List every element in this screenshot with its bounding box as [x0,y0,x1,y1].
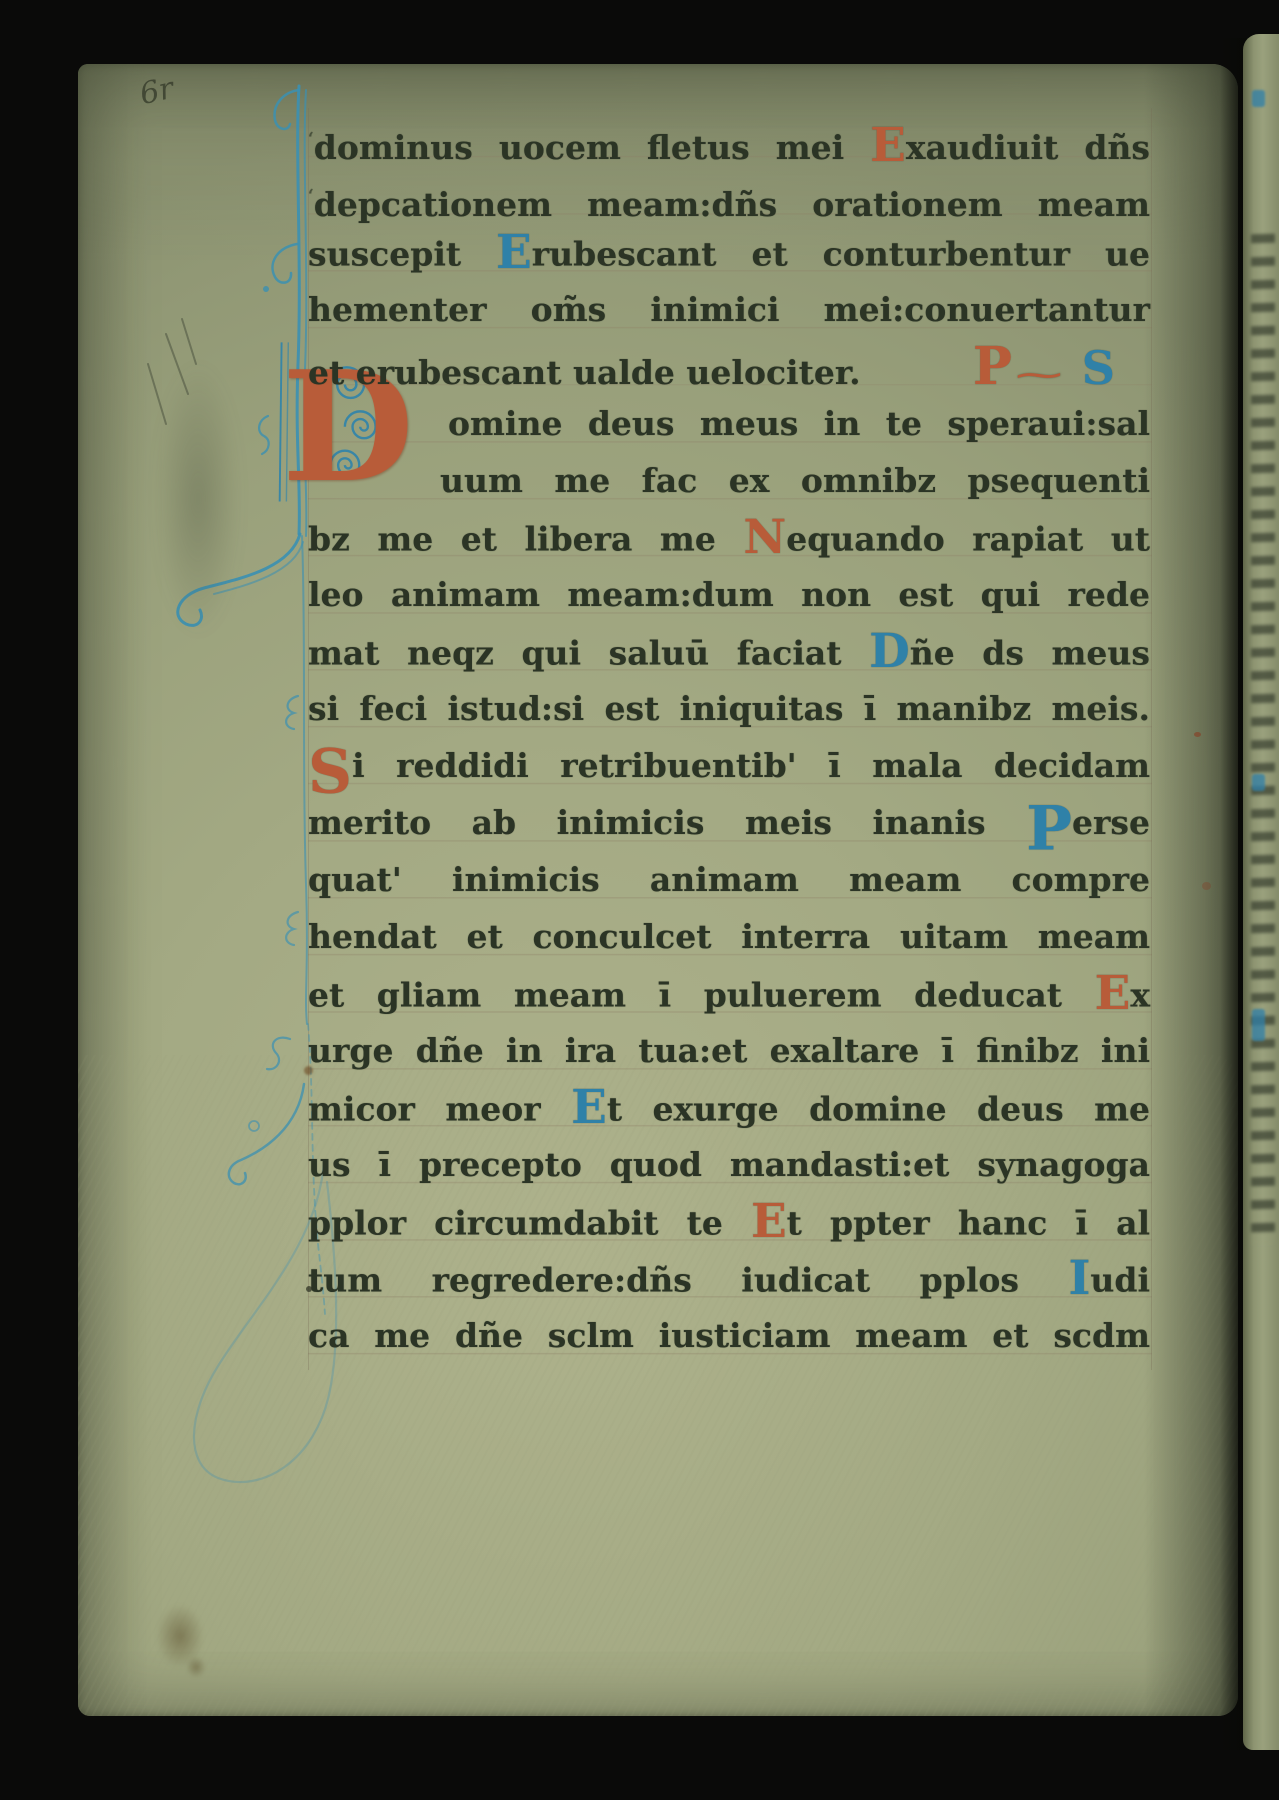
text-segment: rubescant et conturbentur ue [532,235,1150,274]
adjacent-blue-flourish [1252,1009,1265,1041]
text-segment: si feci istud:si est iniquitas ī manibz … [308,689,1150,728]
text-segment: bz me et libera me [308,520,743,559]
text-line: suscepit Erubescant et conturbentur ue [308,224,1150,281]
rubric-squiggle: ~ [1011,348,1068,405]
line-start-tick: ʻ [308,186,314,205]
text-line: tum regredere:dñs iudicat pplos Iudi [308,1250,1150,1307]
adjacent-blue-initial [1252,774,1265,791]
text-segment: et gliam meam ī puluerem deducat [308,976,1095,1015]
text-segment: mat neqz qui saluū faciat [308,634,869,673]
initial-red: E [1095,966,1131,1021]
initial-red: E [751,1194,787,1249]
text-segment: hendat et conculcet interra uitam meam [308,917,1150,956]
text-segment: tum regredere:dñs iudicat pplos [308,1261,1068,1300]
initial-blue: E [571,1080,607,1135]
text-segment: i reddidi retribuentib' ī mala decidam [352,746,1150,785]
text-line: leo animam meam:dum non est qui rede [308,566,1150,623]
text-line: hementer om̃s inimici mei:conuertantur [308,281,1150,338]
text-segment: us ī precepto quod mandasti:et synagoga [308,1145,1150,1184]
text-segment: t ppter hanc ī al [787,1204,1150,1243]
parchment-smudge [138,304,258,694]
text-segment: suscepit [308,235,496,274]
text-line: ʻdepcationem meam:dñs orationem meam [308,167,1150,224]
rubric-letter-p: P [973,338,1012,395]
text-segment: quat' inimicis animam meam compre [308,860,1150,899]
text-line: quat' inimicis animam meam compre [308,851,1150,908]
adjacent-page-text-blur [1251,234,1275,1245]
parchment-stain [156,1604,204,1668]
text-line: pplor circumdabit te Et ppter hanc ī al [308,1193,1150,1250]
adjacent-page-edge [1243,34,1279,1750]
pigment-speck [1194,732,1201,737]
text-segment: pplor circumdabit te [308,1204,751,1243]
rubric-letter-s: S [1082,340,1115,397]
text-segment: x [1130,976,1150,1015]
text-lines: ʻdominus uocem fletus mei Exaudiuit dñsʻ… [308,110,1150,1364]
pigment-speck [1202,882,1211,890]
photo-background: 6r D ʻdominus uocem fletus mei Exaudiuit… [0,0,1279,1800]
adjacent-blue-initial [1252,90,1265,107]
text-segment: erse [1072,803,1150,842]
text-segment: dominus uocem fletus mei [314,128,870,167]
parchment-stain [186,1656,206,1678]
text-segment: xaudiuit dñs [906,128,1150,167]
text-line: urge dñe in ira tua:et exaltare ī finibz… [308,1022,1150,1079]
text-line: merito ab inimicis meis inanis Perse [308,794,1150,851]
line-start-tick: ʻ [308,129,314,148]
initial-blue: E [496,225,532,280]
text-line: micor meor Et exurge domine deus me [308,1079,1150,1136]
initial-blue: D [869,624,910,679]
initial-red: E [870,118,906,173]
text-line: us ī precepto quod mandasti:et synagoga [308,1136,1150,1193]
text-segment: t exurge domine deus me [607,1090,1150,1129]
text-line: Si reddidi retribuentib' ī mala decidam [308,737,1150,794]
text-segment: udi [1090,1261,1150,1300]
text-segment: et erubescant ualde uelociter. [308,344,861,401]
text-segment: urge dñe in ira tua:et exaltare ī finibz… [308,1031,1150,1070]
text-segment: uum me fac ex omnibz psequenti [440,461,1150,500]
initial-red: N [743,510,786,565]
text-segment: omine deus meus in te speraui:sal [448,404,1150,443]
text-segment: merito ab inimicis meis inanis [308,803,1026,842]
text-segment: micor meor [308,1090,571,1129]
manuscript-page: 6r D ʻdominus uocem fletus mei Exaudiuit… [78,64,1238,1716]
initial-blue: I [1068,1251,1090,1306]
text-line: ʻdominus uocem fletus mei Exaudiuit dñs [308,110,1150,167]
text-segment: equando rapiat ut [786,520,1150,559]
text-segment: leo animam meam:dum non est qui rede [308,575,1150,614]
text-line: ca me dñe sclm iusticiam meam et scdm [308,1307,1150,1364]
text-line: bz me et libera me Nequando rapiat ut [308,509,1150,566]
text-line: uum me fac ex omnibz psequenti [308,452,1150,509]
text-line: si feci istud:si est iniquitas ī manibz … [308,680,1150,737]
text-line: et gliam meam ī puluerem deducat Ex [308,965,1150,1022]
text-segment: hementer om̃s inimici mei:conuertantur [308,290,1150,329]
text-line: et erubescant ualde uelociter.P~S [308,338,1150,395]
folio-mark: 6r [137,71,177,112]
text-line: hendat et conculcet interra uitam meam [308,908,1150,965]
text-segment: ñe ds meus [910,634,1150,673]
text-segment: ca me dñe sclm iusticiam meam et scdm [308,1316,1150,1355]
text-line: mat neqz qui saluū faciat Dñe ds meus [308,623,1150,680]
text-segment: depcationem meam:dñs orationem meam [314,185,1150,224]
